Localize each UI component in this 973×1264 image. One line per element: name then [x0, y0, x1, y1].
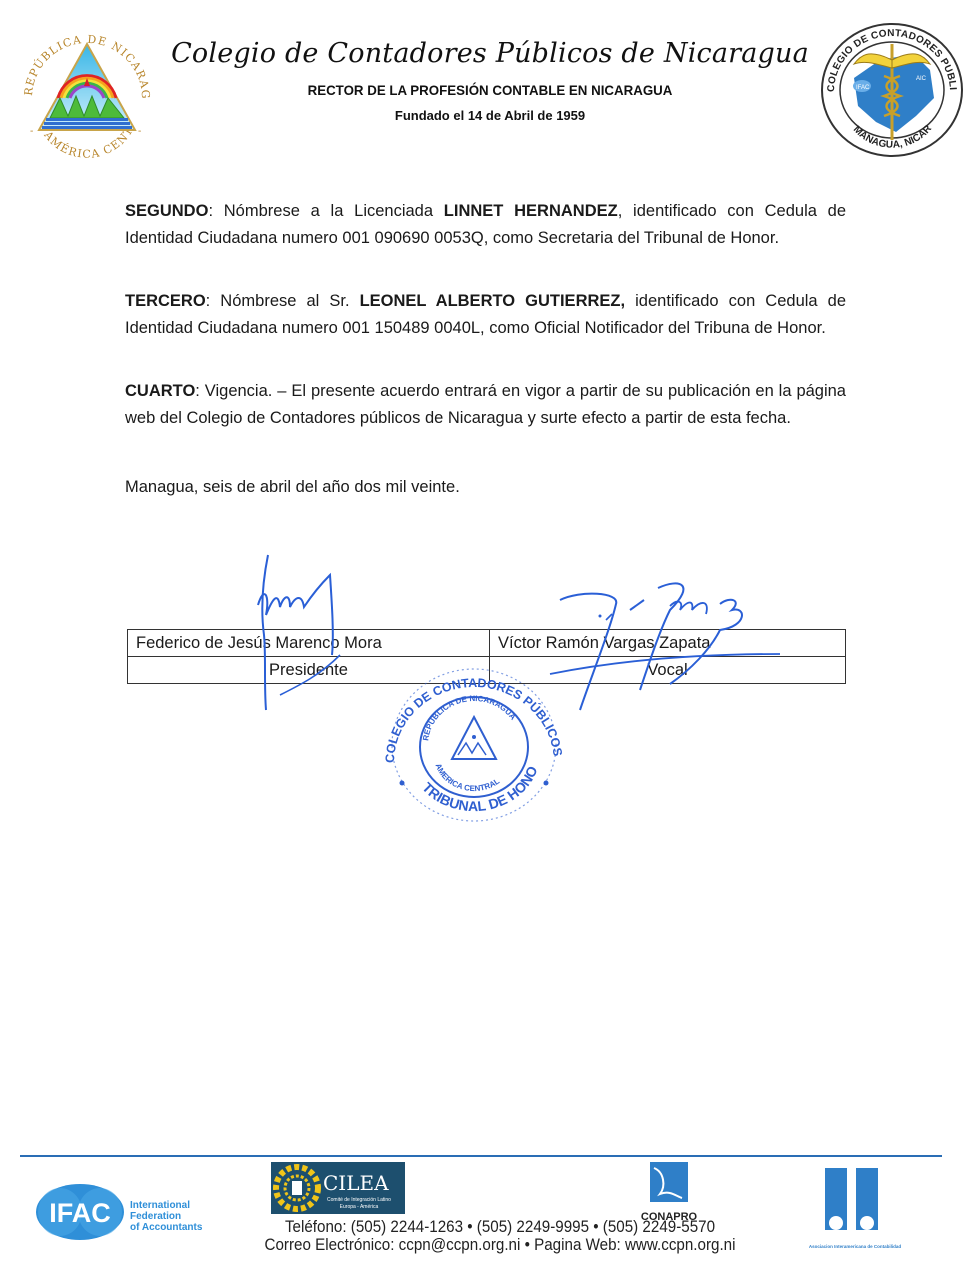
- bold-text-segment: LINNET HERNANDEZ: [444, 202, 618, 220]
- bold-text-segment: CUARTO: [125, 382, 195, 400]
- svg-text:of Accountants: of Accountants: [130, 1222, 203, 1233]
- footer-divider: [20, 1155, 942, 1157]
- founded-date: Fundado el 14 de Abril de 1959: [160, 108, 820, 123]
- svg-text:AIC: AIC: [916, 76, 927, 82]
- text-segment: Managua, seis de abril del año dos mil v…: [125, 478, 460, 496]
- cilea-logo: CILEA Comité de Integración Latino Europ…: [271, 1162, 405, 1214]
- svg-text:CILEA: CILEA: [323, 1171, 389, 1195]
- conapro-icon: CONAPRO: [630, 1150, 710, 1225]
- president-name: Federico de Jesús Marenco Mora: [128, 630, 490, 657]
- nicaragua-coat-of-arms-icon: REPÚBLICA DE NICARAGUA AMÉRICA CENTRAL -…: [10, 16, 160, 176]
- contact-email-web: Correo Electrónico: ccpn@ccpn.org.ni • P…: [233, 1236, 767, 1255]
- ifac-logo: IFAC International Federation of Account…: [30, 1180, 210, 1250]
- organization-title: Colegio de Contadores Públicos de Nicara…: [160, 38, 820, 69]
- ccpn-caduceus-seal-icon: COLEGIO DE CONTADORES PUBLICOS DE NICARA…: [818, 20, 966, 160]
- signatory-names-row: Federico de Jesús Marenco Mora Víctor Ra…: [128, 630, 846, 657]
- tribunal-de-honor-stamp: COLEGIO DE CONTADORES PÚBLICOS DE NICARA…: [376, 655, 568, 825]
- svg-text:COLEGIO DE CONTADORES PÚBLICOS: COLEGIO DE CONTADORES PÚBLICOS DE NICARA…: [376, 655, 565, 763]
- aic-icon: Asociacion Interamericana de Contabilida…: [800, 1165, 922, 1260]
- svg-text:Asociacion Interamericana de C: Asociacion Interamericana de Contabilida…: [809, 1244, 902, 1249]
- svg-text:International: International: [130, 1200, 190, 1211]
- svg-text:Comité de Integración Latino: Comité de Integración Latino: [327, 1197, 391, 1203]
- ccpn-stamp-icon: COLEGIO DE CONTADORES PÚBLICOS DE NICARA…: [376, 655, 568, 825]
- cilea-icon: CILEA Comité de Integración Latino Europ…: [271, 1162, 405, 1214]
- paragraph-segundo: SEGUNDO: Nómbrese a la Licenciada LINNET…: [125, 198, 846, 252]
- svg-text:-: -: [138, 126, 141, 137]
- text-segment: : Nómbrese a la Licenciada: [208, 202, 443, 220]
- aic-logo: Asociacion Interamericana de Contabilida…: [800, 1165, 922, 1260]
- svg-text:REPUBLICA DE NICARAGUA: REPUBLICA DE NICARAGUA: [421, 694, 518, 741]
- ifac-icon: IFAC International Federation of Account…: [30, 1180, 210, 1250]
- svg-text:-: -: [30, 126, 33, 137]
- bold-text-segment: SEGUNDO: [125, 202, 208, 220]
- text-segment: : Vigencia. – El presente acuerdo entrar…: [125, 382, 846, 427]
- vocal-name: Víctor Ramón Vargas Zapata: [490, 630, 846, 657]
- paragraph-tercero: TERCERO: Nómbrese al Sr. LEONEL ALBERTO …: [125, 288, 846, 342]
- svg-text:IFAC: IFAC: [49, 1198, 111, 1228]
- contact-phones: Teléfono: (505) 2244-1263 • (505) 2249-9…: [233, 1218, 767, 1237]
- organization-subtitle: RECTOR DE LA PROFESIÓN CONTABLE EN NICAR…: [177, 82, 804, 98]
- bold-text-segment: TERCERO: [125, 292, 206, 310]
- bold-text-segment: LEONEL ALBERTO GUTIERREZ,: [360, 292, 625, 310]
- paragraph-cuarto: CUARTO: Vigencia. – El presente acuerdo …: [125, 378, 846, 432]
- text-segment: : Nómbrese al Sr.: [206, 292, 360, 310]
- paragraph-closing-date: Managua, seis de abril del año dos mil v…: [125, 474, 846, 501]
- svg-text:IFAC: IFAC: [856, 85, 870, 91]
- nicaragua-coat-of-arms-logo: REPÚBLICA DE NICARAGUA AMÉRICA CENTRAL -…: [10, 16, 160, 176]
- svg-text:Europa - América: Europa - América: [340, 1204, 379, 1210]
- svg-text:Federation: Federation: [130, 1211, 181, 1222]
- ccpn-seal-logo: COLEGIO DE CONTADORES PUBLICOS DE NICARA…: [818, 20, 966, 160]
- conapro-logo: CONAPRO: [630, 1150, 710, 1225]
